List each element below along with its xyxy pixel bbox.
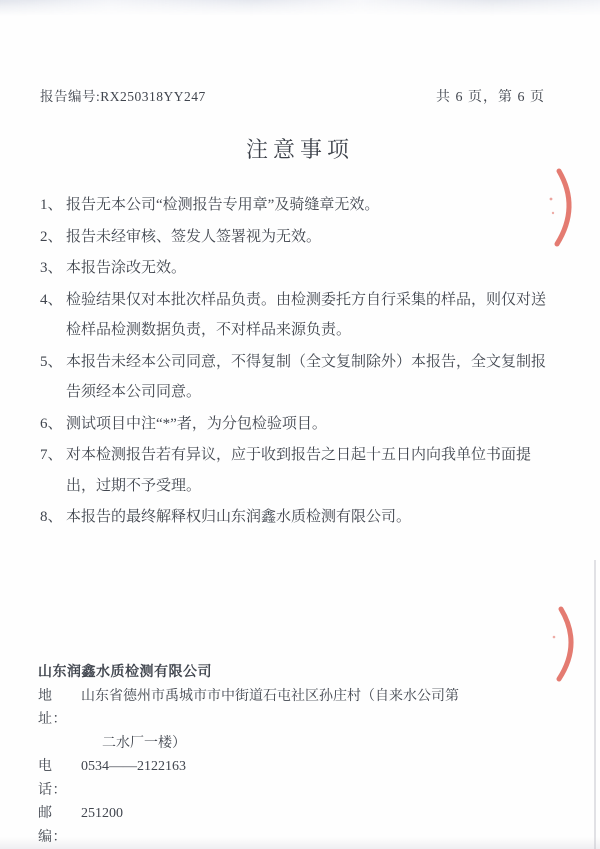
notice-item: 4、检验结果仅对本批次样品负责。由检测委托方自行采集的样品，则仅对送检样品检测数…: [40, 285, 565, 346]
address-line1: 山东省德州市禹城市市中街道石屯社区孙庄村（自来水公司第: [81, 685, 459, 732]
address-row: 地址： 山东省德州市禹城市市中街道石屯社区孙庄村（自来水公司第: [38, 685, 558, 732]
address-label: 地址：: [38, 685, 81, 732]
page-count: 共 6 页，第 6 页: [436, 86, 545, 106]
stamp-speck: [553, 636, 556, 639]
postal-value: 251200: [81, 802, 123, 849]
notice-number: 3、: [40, 253, 66, 284]
notice-number: 6、: [40, 409, 66, 440]
company-name: 山东润鑫水质检测有限公司: [38, 661, 558, 685]
notice-number: 5、: [40, 347, 66, 408]
report-page: 报告编号:RX250318YY247 共 6 页，第 6 页 注意事项 1、报告…: [0, 0, 600, 849]
scan-edge-right: [594, 560, 596, 849]
postal-label: 邮编：: [38, 802, 81, 849]
notices-list: 1、报告无本公司“检测报告专用章”及骑缝章无效。2、报告未经审核、签发人签署视为…: [40, 190, 565, 534]
notice-item: 1、报告无本公司“检测报告专用章”及骑缝章无效。: [40, 190, 565, 221]
company-info: 山东润鑫水质检测有限公司 地址： 山东省德州市禹城市市中街道石屯社区孙庄村（自来…: [38, 661, 558, 849]
report-number: 报告编号:RX250318YY247: [40, 85, 206, 105]
notice-text: 报告无本公司“检测报告专用章”及骑缝章无效。: [66, 190, 565, 221]
notice-text: 检验结果仅对本批次样品负责。由检测委托方自行采集的样品，则仅对送检样品检测数据负…: [66, 285, 565, 346]
notice-number: 8、: [40, 502, 66, 533]
page-title: 注意事项: [0, 133, 600, 164]
notice-item: 7、对本检测报告若有异议，应于收到报告之日起十五日内向我单位书面提出，过期不予受…: [40, 440, 565, 501]
phone-label: 电话：: [38, 755, 81, 802]
notice-number: 4、: [40, 285, 66, 346]
notice-text: 本报告未经本公司同意，不得复制（全文复制除外）本报告，全文复制报告须经本公司同意…: [66, 347, 565, 408]
notice-item: 6、测试项目中注“*”者，为分包检验项目。: [40, 409, 565, 440]
scan-edge-top: [0, 0, 600, 16]
notice-text: 测试项目中注“*”者，为分包检验项目。: [66, 409, 565, 440]
address-line2: 二水厂一楼）: [38, 732, 558, 756]
notice-item: 2、报告未经审核、签发人签署视为无效。: [40, 222, 565, 253]
postal-row: 邮编： 251200: [38, 802, 558, 849]
phone-value: 0534——2122163: [81, 755, 186, 802]
stamp-arc-bottom: [559, 609, 571, 679]
notice-text: 本报告涂改无效。: [66, 253, 565, 284]
phone-row: 电话： 0534——2122163: [38, 755, 558, 802]
notice-number: 1、: [40, 190, 66, 221]
notice-item: 3、本报告涂改无效。: [40, 253, 565, 284]
notice-item: 5、本报告未经本公司同意，不得复制（全文复制除外）本报告，全文复制报告须经本公司…: [40, 347, 565, 408]
notice-item: 8、本报告的最终解释权归山东润鑫水质检测有限公司。: [40, 502, 565, 533]
notice-text: 本报告的最终解释权归山东润鑫水质检测有限公司。: [66, 502, 565, 533]
notice-text: 对本检测报告若有异议，应于收到报告之日起十五日内向我单位书面提出，过期不予受理。: [66, 440, 565, 501]
notice-number: 7、: [40, 440, 66, 501]
notice-number: 2、: [40, 222, 66, 253]
notice-text: 报告未经审核、签发人签署视为无效。: [66, 222, 565, 253]
